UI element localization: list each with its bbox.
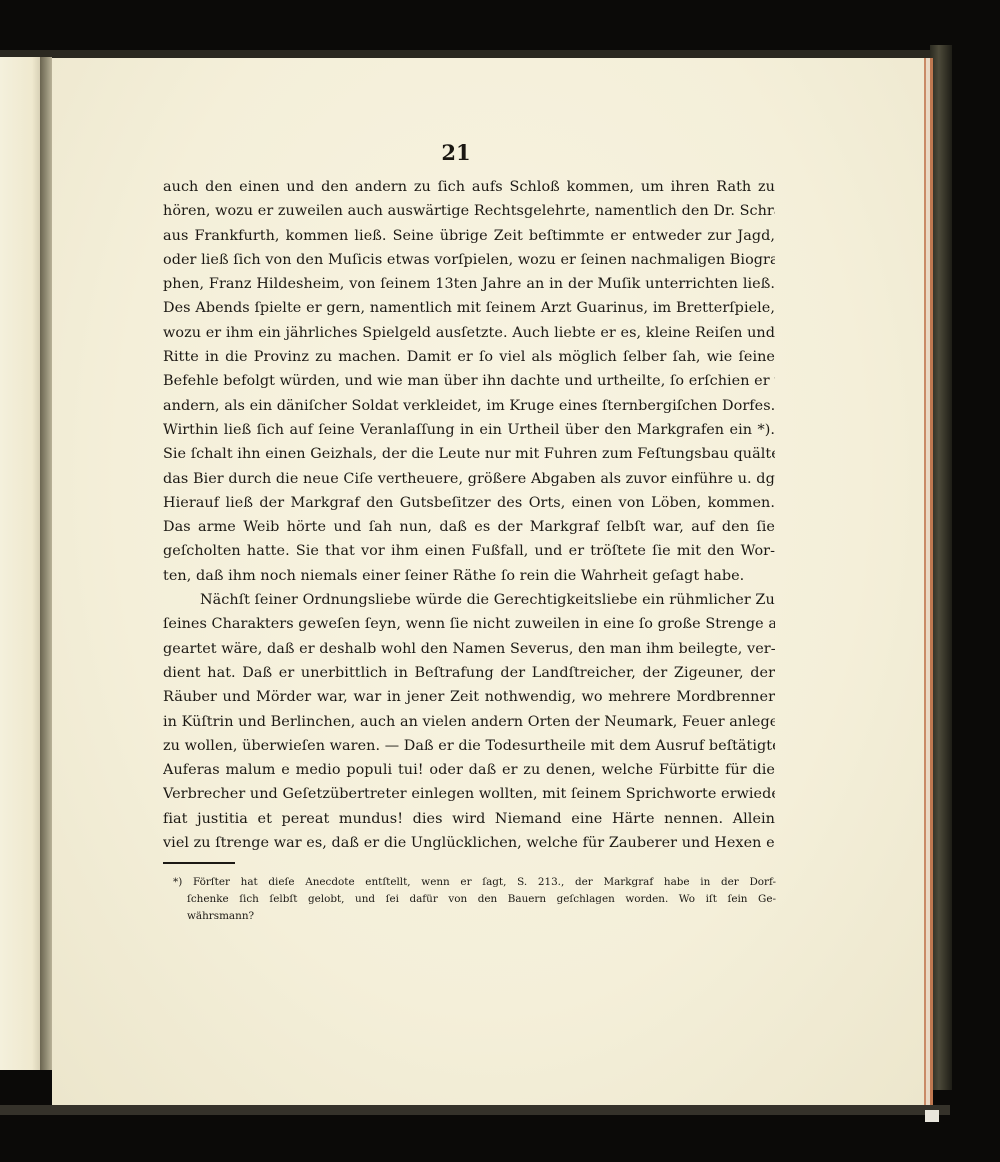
text-line: Wirthin ließ ſich auf ſeine Veranlaſſung… (163, 418, 775, 442)
text-line: Hierauf ließ der Markgraf den Gutsbeſitz… (163, 491, 775, 515)
text-line: Räuber und Mörder war, war in jener Zeit… (163, 685, 775, 709)
text-line: geartet wäre, daß er deshalb wohl den Na… (163, 637, 775, 661)
text-line: Verbrecher und Geſetzübertreter einlegen… (163, 782, 775, 806)
text-line: geſcholten hatte. Sie that vor ihm einen… (163, 539, 775, 563)
text-line: hören, wozu er zuweilen auch auswärtige … (163, 199, 775, 223)
footnote-line: ſchenke ſich ſelbſt gelobt, und ſei dafü… (173, 891, 776, 908)
text-line: phen, Franz Hildesheim, von ſeinem 13ten… (163, 272, 775, 296)
text-line: auch den einen und den andern zu ſich au… (163, 175, 775, 199)
footnote-line: währsmann? (173, 908, 776, 925)
book-bottom-edge (0, 1105, 950, 1115)
text-line: ten, daß ihm noch niemals einer ſeiner R… (163, 564, 775, 588)
text-line: Das arme Weib hörte und ſah nun, daß es … (163, 515, 775, 539)
footnote: *) Förſter hat dieſe Anecdote entſtellt,… (173, 874, 776, 925)
text-line: aus Frankfurth, kommen ließ. Seine übrig… (163, 224, 775, 248)
text-line: oder ließ ſich von den Muſicis etwas vor… (163, 248, 775, 272)
text-line: das Bier durch die neue Ciſe vertheuere,… (163, 467, 775, 491)
body-text: auch den einen und den andern zu ſich au… (163, 175, 775, 855)
paragraph-start-line: Nächſt ſeiner Ordnungsliebe würde die Ge… (163, 588, 775, 612)
text-line: zu wollen, überwieſen waren. — Daß er di… (163, 734, 775, 758)
footnote-line: *) Förſter hat dieſe Anecdote entſtellt,… (173, 874, 776, 891)
text-line: in Küſtrin und Berlinchen, auch an viele… (163, 710, 775, 734)
book-gutter (40, 57, 52, 1070)
text-line: Ritte in die Provinz zu machen. Damit er… (163, 345, 775, 369)
text-line: wozu er ihm ein jährliches Spielgeld aus… (163, 321, 775, 345)
text-line: Des Abends ſpielte er gern, namentlich m… (163, 296, 775, 320)
book-cover-edge (930, 45, 952, 1090)
text-line: dient hat. Daß er unerbittlich in Beſtra… (163, 661, 775, 685)
book-top-edge (0, 50, 945, 58)
text-line: ſeines Charakters geweſen ſeyn, wenn ſie… (163, 612, 775, 636)
text-line: andern, als ein däniſcher Soldat verklei… (163, 394, 775, 418)
left-page-edge (0, 57, 40, 1070)
text-line: Befehle befolgt würden, und wie man über… (163, 369, 775, 393)
page-number: 21 (441, 140, 471, 165)
page-corner (925, 1110, 939, 1122)
text-line: viel zu ſtrenge war es, daß er die Unglü… (163, 831, 775, 855)
text-line: fiat justitia et pereat mundus! dies wir… (163, 807, 775, 831)
text-line: Sie ſchalt ihn einen Geizhals, der die L… (163, 442, 775, 466)
footnote-divider (163, 862, 235, 864)
text-line: Auferas malum e medio populi tui! oder d… (163, 758, 775, 782)
